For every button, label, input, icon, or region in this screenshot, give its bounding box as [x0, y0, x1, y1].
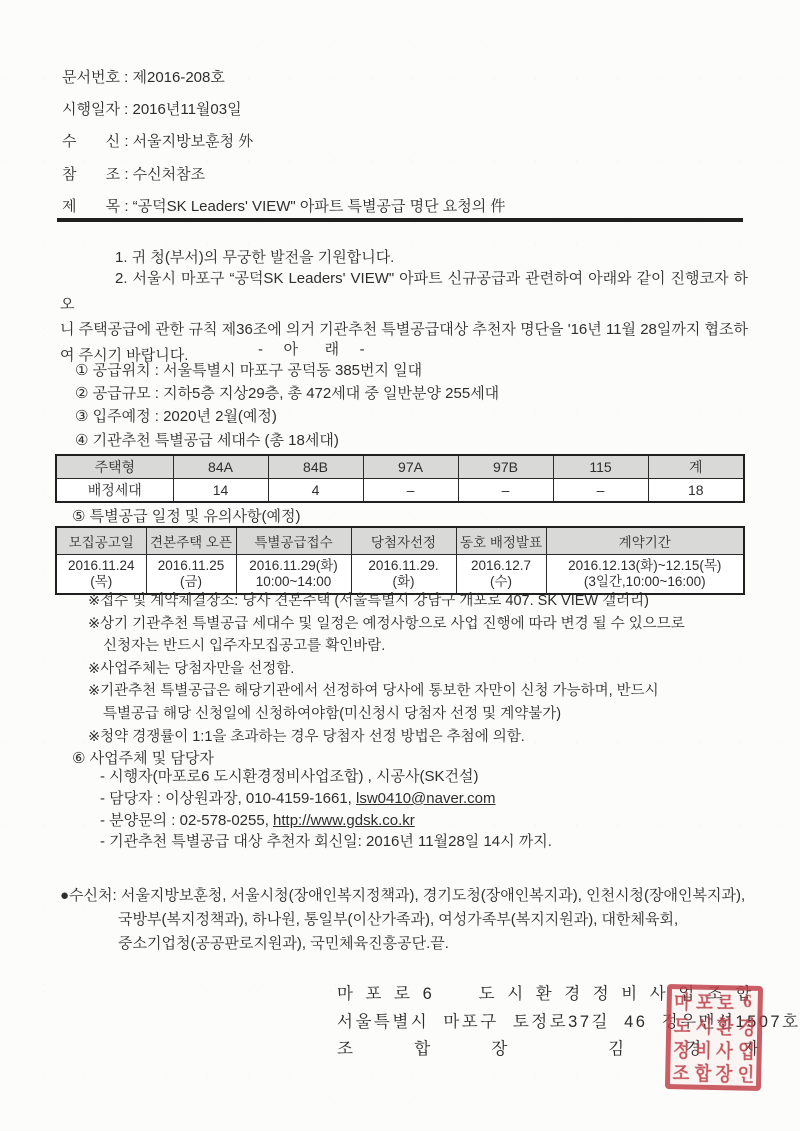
table-header-row: 모집공고일 견본주택 오픈 특별공급접수 당첨자선정 동호 배정발표 계약기간	[56, 527, 744, 555]
scanned-document-page: 문서번호 : 제2016-208호 시행일자 : 2016년11월03일 수 신…	[0, 0, 800, 1131]
doc-number-value: 제2016-208호	[132, 69, 224, 86]
table-cell: 14	[173, 479, 268, 503]
contact-reply-deadline: - 기관추천 특별공급 대상 추천자 회신일: 2016년 11월28일 14시…	[100, 831, 552, 853]
paragraph-line: 2. 서울시 마포구 “공덕SK Leaders' VIEW" 아파트 신규공급…	[60, 266, 748, 317]
issue-date-row: 시행일자 : 2016년11월03일	[62, 98, 505, 130]
recipient-label: 수 신	[62, 133, 120, 150]
header-unit-assignment: 동호 배정발표	[456, 527, 546, 555]
header-84b: 84B	[268, 455, 363, 479]
separator: :	[120, 101, 133, 118]
recipients-line: 중소기업청(공공판로지원과), 국민체육진흥공단.끝.	[118, 932, 750, 956]
cell-line: (3일간,10:00~16:00)	[547, 574, 744, 591]
corporate-seal-stamp: 마 포 로 6 도 시 환 경 정 비 사 업 조 합 장 인	[665, 984, 763, 1091]
header-announcement-date: 모집공고일	[56, 527, 146, 555]
header-115: 115	[553, 455, 648, 479]
table-row: 2016.11.24(목) 2016.11.25(금) 2016.11.29(화…	[56, 555, 744, 595]
contact-list: - 시행자(마포로6 도시환경정비사업조합) , 시공사(SK건설) - 담당자…	[100, 766, 552, 853]
stamp-char: 합	[691, 1059, 715, 1088]
table-header-row: 주택형 84A 84B 97A 97B 115 계	[56, 455, 744, 479]
table-row: 배정세대 14 4 – – – 18	[56, 479, 744, 503]
cell-line: 10:00~14:00	[237, 574, 351, 591]
header-97b: 97B	[458, 455, 553, 479]
recipient-row: 수 신 : 서울지방보훈청 外	[62, 130, 505, 162]
issue-date-value: 2016년11월03일	[132, 101, 241, 118]
table-cell: 2016.11.29(화)10:00~14:00	[236, 555, 351, 595]
cc-row: 참 조 : 수신처참조	[62, 163, 505, 195]
cell-line: 2016.11.24	[57, 558, 146, 575]
contact-sales-inquiry: - 분양문의 : 02-578-0255, http://www.gdsk.co…	[100, 810, 552, 832]
header-total: 계	[648, 455, 744, 479]
cell-line: (수)	[457, 574, 546, 591]
doc-number-row: 문서번호 : 제2016-208호	[62, 66, 505, 98]
cell-line: (금)	[147, 574, 236, 591]
note-winner-only: ※사업주체는 당첨자만을 선정함.	[88, 658, 685, 681]
detail-items: ① 공급위치 : 서울특별시 마포구 공덕동 385번지 일대 ② 공급규모 :…	[75, 359, 499, 452]
item-special-supply-units: ④ 기관추천 특별공급 세대수 (총 18세대)	[75, 429, 499, 452]
note-schedule-change-cont: 신청자는 반드시 입주자모집공고를 확인바람.	[88, 635, 685, 658]
cell-line: (화)	[352, 574, 456, 591]
item-move-in-date: ③ 입주예정 : 2020년 2월(예정)	[75, 405, 499, 428]
item-supply-location: ① 공급위치 : 서울특별시 마포구 공덕동 385번지 일대	[75, 359, 499, 382]
notes-list: ※접수 및 계약체결장소: 당사 견본주택 (서울특별시 강남구 개포로 407…	[88, 590, 685, 748]
cc-label: 참 조	[62, 166, 120, 183]
contact-text: - 담당자 : 이상원과장, 010-4159-1661,	[100, 790, 356, 807]
subject-row: 제 목 : “공덕SK Leaders' VIEW" 아파트 특별공급 명단 요…	[62, 195, 505, 227]
stamp-char: 장	[712, 1059, 736, 1088]
cell-line: 2016.11.29(화)	[237, 558, 351, 575]
table-cell: 2016.11.29.(화)	[351, 555, 456, 595]
header-contract-period: 계약기간	[546, 527, 744, 555]
table-cell: –	[458, 479, 553, 503]
contact-manager: - 담당자 : 이상원과장, 010-4159-1661, lsw0410@na…	[100, 788, 552, 810]
schedule-table: 모집공고일 견본주택 오픈 특별공급접수 당첨자선정 동호 배정발표 계약기간 …	[55, 526, 745, 595]
cell-line: 2016.11.25	[147, 558, 236, 575]
cell-line: (목)	[57, 574, 146, 591]
note-schedule-change: ※상기 기관추천 특별공급 세대수 및 일정은 예정사항으로 사업 진행에 따라…	[88, 613, 685, 636]
note-reception-place: ※접수 및 계약체결장소: 당사 견본주택 (서울특별시 강남구 개포로 407…	[88, 590, 685, 613]
stamp-char: 인	[734, 1060, 758, 1089]
main-paragraph: 2. 서울시 마포구 “공덕SK Leaders' VIEW" 아파트 신규공급…	[60, 266, 748, 368]
item-contact-heading: ⑥ 사업주체 및 담당자	[72, 747, 214, 768]
recipients-bullet-label: ●수신처:	[60, 887, 121, 904]
header-84a: 84A	[173, 455, 268, 479]
separator: :	[120, 133, 133, 150]
table-cell: 2016.11.24(목)	[56, 555, 146, 595]
note-agency-recommendation: ※기관추천 특별공급은 해당기관에서 선정하여 당사에 통보한 자만이 신청 가…	[88, 680, 685, 703]
header-winner-selection: 당첨자선정	[351, 527, 456, 555]
contact-url: http://www.gdsk.co.kr	[273, 812, 415, 829]
contact-email: lsw0410@naver.com	[356, 790, 495, 807]
table-cell: 2016.11.25(금)	[146, 555, 236, 595]
separator: :	[120, 198, 133, 215]
cc-value: 수신처참조	[133, 166, 205, 183]
header-unit-type: 주택형	[56, 455, 173, 479]
table-cell: –	[363, 479, 458, 503]
table-cell: –	[553, 479, 648, 503]
table-cell: 2016.12.7(수)	[456, 555, 546, 595]
item-supply-scale: ② 공급규모 : 지하5층 지상29층, 총 472세대 중 일반분양 255세…	[75, 382, 499, 405]
doc-number-label: 문서번호	[62, 69, 120, 86]
header-model-house-open: 견본주택 오픈	[146, 527, 236, 555]
recipients-line: 서울지방보훈청, 서울시청(장애인복지정책과), 경기도청(장애인복지과), 인…	[121, 887, 745, 904]
title-divider	[57, 218, 743, 222]
note-lottery: ※청약 경쟁률이 1:1을 초과하는 경우 당첨자 선정 방법은 추첨에 의함.	[88, 726, 685, 749]
recipients-block: ●수신처: 서울지방보훈청, 서울시청(장애인복지정책과), 경기도청(장애인복…	[60, 884, 750, 957]
header-97a: 97A	[363, 455, 458, 479]
unit-allocation-table: 주택형 84A 84B 97A 97B 115 계 배정세대 14 4 – – …	[55, 454, 745, 503]
greeting-paragraph: 1. 귀 청(부서)의 무궁한 발전을 기원합니다.	[115, 246, 394, 267]
recipients-line: 국방부(복지정책과), 하나원, 통일부(이산가족과), 여성가족부(복지지원과…	[118, 908, 750, 932]
contact-text: - 기관추천 특별공급 대상 추천자 회신일: 2016년 11월28일 14시…	[100, 833, 552, 850]
subject-value: “공덕SK Leaders' VIEW" 아파트 특별공급 명단 요청의 件	[133, 198, 506, 215]
cell-line: 2016.11.29.	[352, 558, 456, 575]
issue-date-label: 시행일자	[62, 101, 120, 118]
subject-label: 제 목	[62, 198, 120, 215]
table-cell: 2016.12.13(화)~12.15(목)(3일간,10:00~16:00)	[546, 555, 744, 595]
header-application: 특별공급접수	[236, 527, 351, 555]
item-schedule-heading: ⑤ 특별공급 일정 및 유의사항(예정)	[72, 505, 300, 526]
contact-text: - 분양문의 : 02-578-0255,	[100, 812, 273, 829]
separator: :	[120, 166, 133, 183]
cell-line: 2016.12.7	[457, 558, 546, 575]
recipient-value: 서울지방보훈청 外	[133, 133, 254, 150]
note-agency-recommendation-cont: 특별공급 해당 신청일에 신청하여야함(미신청시 당첨자 선정 및 계약불가)	[88, 703, 685, 726]
below-heading: - 아 래 -	[258, 338, 367, 359]
contact-text: - 시행자(마포로6 도시환경정비사업조합) , 시공사(SK건설)	[100, 768, 478, 785]
separator: :	[120, 69, 133, 86]
table-cell: 18	[648, 479, 744, 503]
cell-line: 2016.12.13(화)~12.15(목)	[547, 558, 744, 575]
contact-developer: - 시행자(마포로6 도시환경정비사업조합) , 시공사(SK건설)	[100, 766, 552, 788]
document-meta: 문서번호 : 제2016-208호 시행일자 : 2016년11월03일 수 신…	[62, 66, 505, 227]
stamp-char: 조	[669, 1058, 693, 1087]
table-cell: 4	[268, 479, 363, 503]
row-label: 배정세대	[56, 479, 173, 503]
paragraph-line: 니 주택공급에 관한 규칙 제36조에 의거 기관추천 특별공급대상 추천자 명…	[60, 317, 748, 343]
